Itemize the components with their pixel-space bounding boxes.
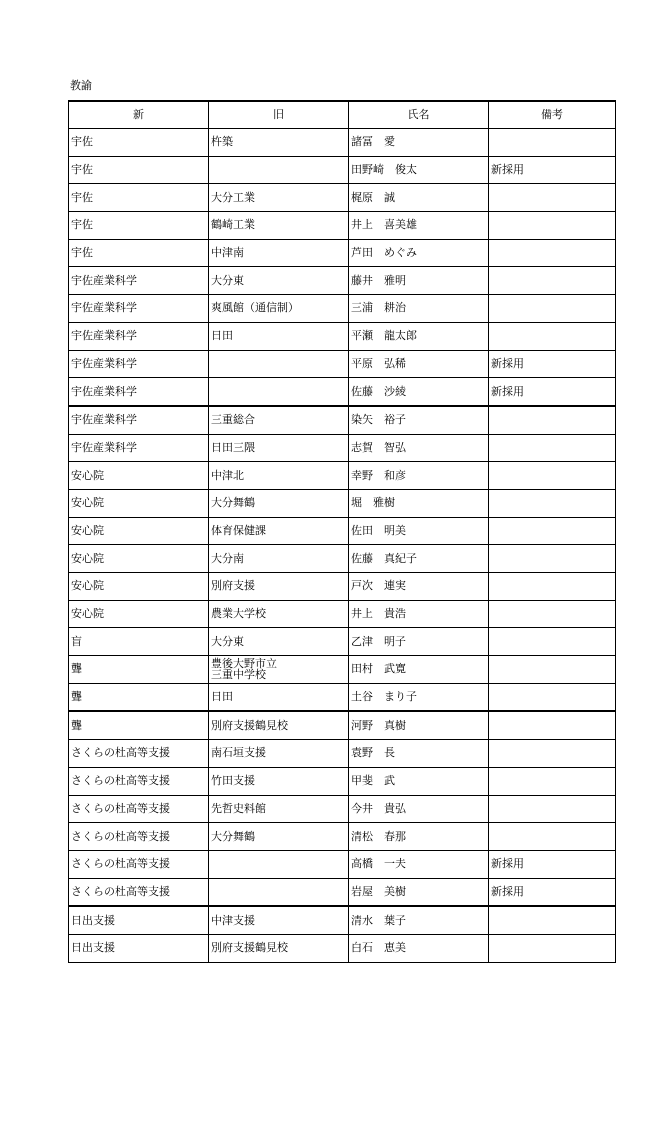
cell-new: 安心院	[69, 489, 209, 517]
table-row: 聾別府支援鶴見校河野 真樹	[69, 711, 616, 739]
cell-new: 宇佐産業科学	[69, 267, 209, 295]
cell-old: 体育保健課	[209, 517, 349, 545]
cell-note	[489, 823, 616, 851]
table-row: 宇佐中津南芦田 めぐみ	[69, 239, 616, 267]
cell-new: 宇佐産業科学	[69, 406, 209, 434]
cell-old: 大分舞鶴	[209, 823, 349, 851]
cell-old: 爽風館（通信制）	[209, 295, 349, 323]
cell-old: 別府支援鶴見校	[209, 934, 349, 962]
table-row: 聾豊後大野市立三重中学校田村 武寛	[69, 656, 616, 684]
cell-old	[209, 878, 349, 906]
cell-name: 乙津 明子	[349, 628, 489, 656]
cell-name: 井上 喜美雄	[349, 212, 489, 240]
cell-note	[489, 934, 616, 962]
cell-note	[489, 322, 616, 350]
cell-new: さくらの杜高等支援	[69, 850, 209, 878]
cell-old: 別府支援	[209, 573, 349, 601]
cell-old: 杵築	[209, 129, 349, 157]
table-row: 宇佐産業科学日田三隈志賀 智弘	[69, 434, 616, 462]
cell-note	[489, 573, 616, 601]
table-row: 安心院大分南佐藤 真紀子	[69, 545, 616, 573]
cell-new: さくらの杜高等支援	[69, 767, 209, 795]
section-caption: 教諭	[70, 79, 92, 93]
header-name: 氏名	[349, 101, 489, 129]
cell-new: 安心院	[69, 517, 209, 545]
cell-new: 聾	[69, 683, 209, 711]
cell-note: 新採用	[489, 378, 616, 406]
cell-note	[489, 656, 616, 684]
cell-name: 井上 貴浩	[349, 600, 489, 628]
cell-old: 中津支援	[209, 906, 349, 934]
cell-note	[489, 184, 616, 212]
cell-note: 新採用	[489, 878, 616, 906]
table-row: 日出支援中津支援清水 葉子	[69, 906, 616, 934]
cell-old: 中津北	[209, 462, 349, 490]
cell-new: 宇佐	[69, 184, 209, 212]
cell-new: 安心院	[69, 600, 209, 628]
cell-old: 中津南	[209, 239, 349, 267]
cell-new: 宇佐	[69, 156, 209, 184]
cell-name: 佐藤 沙綾	[349, 378, 489, 406]
table-row: 宇佐田野崎 俊太新採用	[69, 156, 616, 184]
cell-name: 佐田 明美	[349, 517, 489, 545]
cell-new: 聾	[69, 656, 209, 684]
cell-name: 三浦 耕治	[349, 295, 489, 323]
cell-name: 土谷 まり子	[349, 683, 489, 711]
cell-old: 大分南	[209, 545, 349, 573]
table-row: 安心院大分舞鶴堀 雅樹	[69, 489, 616, 517]
table-row: さくらの杜高等支援岩屋 美樹新採用	[69, 878, 616, 906]
cell-name: 佐藤 真紀子	[349, 545, 489, 573]
table-row: 宇佐産業科学佐藤 沙綾新採用	[69, 378, 616, 406]
cell-old: 日田三隈	[209, 434, 349, 462]
cell-note	[489, 212, 616, 240]
cell-old: 竹田支援	[209, 767, 349, 795]
cell-name: 染矢 裕子	[349, 406, 489, 434]
cell-new: 宇佐	[69, 239, 209, 267]
cell-old: 豊後大野市立三重中学校	[209, 656, 349, 684]
cell-old: 別府支援鶴見校	[209, 711, 349, 739]
cell-name: 白石 恵美	[349, 934, 489, 962]
cell-name: 平原 弘稀	[349, 350, 489, 378]
cell-old: 大分東	[209, 628, 349, 656]
cell-new: さくらの杜高等支援	[69, 795, 209, 823]
cell-name: 袁野 長	[349, 740, 489, 768]
cell-note	[489, 267, 616, 295]
cell-new: 安心院	[69, 462, 209, 490]
table-row: さくらの杜高等支援竹田支援甲斐 武	[69, 767, 616, 795]
cell-new: 盲	[69, 628, 209, 656]
cell-note	[489, 545, 616, 573]
cell-note	[489, 711, 616, 739]
cell-note: 新採用	[489, 850, 616, 878]
cell-name: 岩屋 美樹	[349, 878, 489, 906]
cell-name: 戸次 連実	[349, 573, 489, 601]
cell-note	[489, 795, 616, 823]
cell-old: 先哲史料館	[209, 795, 349, 823]
cell-name: 梶原 誠	[349, 184, 489, 212]
cell-name: 堀 雅樹	[349, 489, 489, 517]
cell-old: 農業大学校	[209, 600, 349, 628]
cell-note	[489, 406, 616, 434]
cell-note: 新採用	[489, 350, 616, 378]
cell-name: 田野崎 俊太	[349, 156, 489, 184]
table-row: 宇佐産業科学日田平瀬 龍太郎	[69, 322, 616, 350]
cell-note	[489, 517, 616, 545]
cell-new: 安心院	[69, 573, 209, 601]
header-new: 新	[69, 101, 209, 129]
transfer-table: 新 旧 氏名 備考 宇佐杵築諸冨 愛宇佐田野崎 俊太新採用宇佐大分工業梶原 誠宇…	[68, 100, 616, 963]
table-row: 盲大分東乙津 明子	[69, 628, 616, 656]
cell-name: 今井 貴弘	[349, 795, 489, 823]
cell-note	[489, 489, 616, 517]
table-row: 宇佐鶴崎工業井上 喜美雄	[69, 212, 616, 240]
cell-old: 日田	[209, 322, 349, 350]
cell-name: 平瀬 龍太郎	[349, 322, 489, 350]
cell-name: 諸冨 愛	[349, 129, 489, 157]
cell-new: 日出支援	[69, 906, 209, 934]
table-row: 宇佐杵築諸冨 愛	[69, 129, 616, 157]
table-row: さくらの杜高等支援高橋 一夫新採用	[69, 850, 616, 878]
cell-name: 田村 武寛	[349, 656, 489, 684]
cell-note	[489, 129, 616, 157]
cell-note	[489, 239, 616, 267]
cell-new: 宇佐	[69, 129, 209, 157]
table-row: 日出支援別府支援鶴見校白石 恵美	[69, 934, 616, 962]
cell-name: 河野 真樹	[349, 711, 489, 739]
table-row: 宇佐産業科学三重総合染矢 裕子	[69, 406, 616, 434]
cell-new: 宇佐産業科学	[69, 350, 209, 378]
table-row: 安心院体育保健課佐田 明美	[69, 517, 616, 545]
cell-name: 幸野 和彦	[349, 462, 489, 490]
cell-new: 宇佐産業科学	[69, 322, 209, 350]
table-header-row: 新 旧 氏名 備考	[69, 101, 616, 129]
cell-old	[209, 378, 349, 406]
cell-note	[489, 767, 616, 795]
table-row: 宇佐産業科学爽風館（通信制）三浦 耕治	[69, 295, 616, 323]
cell-name: 芦田 めぐみ	[349, 239, 489, 267]
cell-new: 宇佐産業科学	[69, 434, 209, 462]
cell-new: 宇佐産業科学	[69, 378, 209, 406]
cell-old: 大分舞鶴	[209, 489, 349, 517]
cell-note	[489, 683, 616, 711]
cell-new: さくらの杜高等支援	[69, 823, 209, 851]
cell-note: 新採用	[489, 156, 616, 184]
cell-note	[489, 628, 616, 656]
cell-note	[489, 462, 616, 490]
cell-new: さくらの杜高等支援	[69, 878, 209, 906]
cell-note	[489, 740, 616, 768]
cell-note	[489, 434, 616, 462]
cell-old	[209, 350, 349, 378]
cell-note	[489, 600, 616, 628]
table-row: 宇佐産業科学平原 弘稀新採用	[69, 350, 616, 378]
cell-new: 宇佐産業科学	[69, 295, 209, 323]
cell-new: 宇佐	[69, 212, 209, 240]
cell-old	[209, 850, 349, 878]
cell-note	[489, 906, 616, 934]
table-row: 安心院農業大学校井上 貴浩	[69, 600, 616, 628]
cell-name: 清松 春那	[349, 823, 489, 851]
header-old: 旧	[209, 101, 349, 129]
table-row: さくらの杜高等支援先哲史料館今井 貴弘	[69, 795, 616, 823]
header-note: 備考	[489, 101, 616, 129]
cell-name: 志賀 智弘	[349, 434, 489, 462]
table-row: 聾日田土谷 まり子	[69, 683, 616, 711]
cell-old: 南石垣支援	[209, 740, 349, 768]
cell-old: 日田	[209, 683, 349, 711]
cell-old	[209, 156, 349, 184]
table-row: 宇佐産業科学大分東藤井 雅明	[69, 267, 616, 295]
cell-old: 大分工業	[209, 184, 349, 212]
cell-name: 清水 葉子	[349, 906, 489, 934]
table-row: さくらの杜高等支援南石垣支援袁野 長	[69, 740, 616, 768]
cell-new: さくらの杜高等支援	[69, 740, 209, 768]
table-row: 宇佐大分工業梶原 誠	[69, 184, 616, 212]
cell-name: 高橋 一夫	[349, 850, 489, 878]
table-row: さくらの杜高等支援大分舞鶴清松 春那	[69, 823, 616, 851]
table-row: 安心院中津北幸野 和彦	[69, 462, 616, 490]
cell-old: 鶴崎工業	[209, 212, 349, 240]
cell-name: 藤井 雅明	[349, 267, 489, 295]
cell-new: 聾	[69, 711, 209, 739]
cell-old: 大分東	[209, 267, 349, 295]
cell-old: 三重総合	[209, 406, 349, 434]
cell-name: 甲斐 武	[349, 767, 489, 795]
cell-new: 日出支援	[69, 934, 209, 962]
cell-new: 安心院	[69, 545, 209, 573]
cell-note	[489, 295, 616, 323]
table-row: 安心院別府支援戸次 連実	[69, 573, 616, 601]
